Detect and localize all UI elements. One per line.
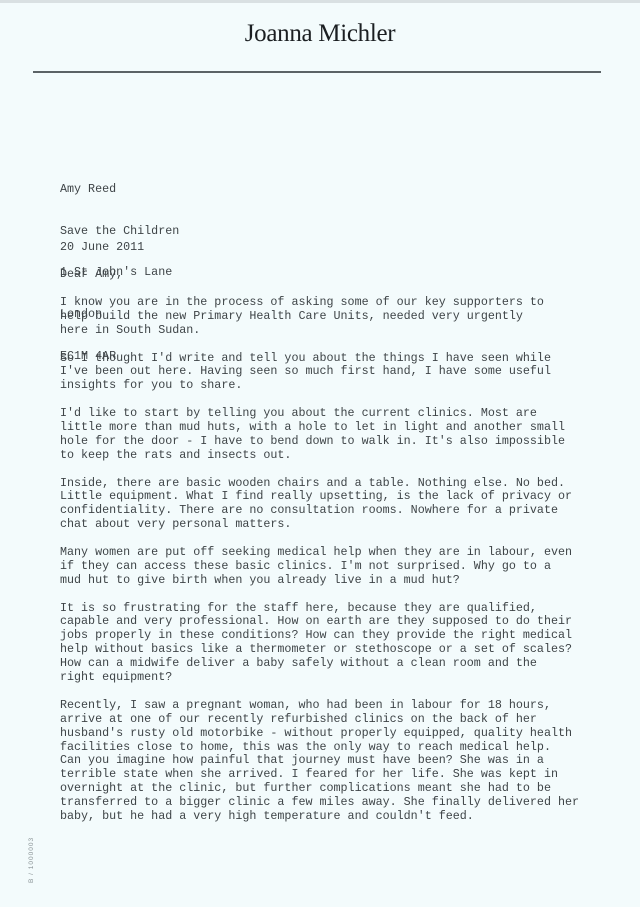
address-line: Save the Children bbox=[60, 225, 179, 239]
paragraph-line: overnight at the clinic, but further com… bbox=[60, 782, 620, 796]
paragraph-line: transferred to a bigger clinic a few mil… bbox=[60, 796, 620, 810]
page-top-edge bbox=[0, 0, 640, 3]
paragraph: Recently, I saw a pregnant woman, who ha… bbox=[60, 699, 620, 824]
paragraph-line: Can you imagine how painful that journey… bbox=[60, 754, 620, 768]
paragraph-line: arrive at one of our recently refurbishe… bbox=[60, 713, 620, 727]
paragraph: Many women are put off seeking medical h… bbox=[60, 546, 620, 588]
paragraph-line: Many women are put off seeking medical h… bbox=[60, 546, 620, 560]
paragraph-line: terrible state when she arrived. I feare… bbox=[60, 768, 620, 782]
paragraph: I'd like to start by telling you about t… bbox=[60, 407, 620, 463]
paragraph-line: husband's rusty old motorbike - without … bbox=[60, 727, 620, 741]
address-line: Amy Reed bbox=[60, 183, 179, 197]
paragraph-line: baby, but he had a very high temperature… bbox=[60, 810, 620, 824]
paragraph-line: How can a midwife deliver a baby safely … bbox=[60, 657, 620, 671]
document-reference: B / 1000003 bbox=[28, 837, 35, 883]
paragraph-line: help build the new Primary Health Care U… bbox=[60, 310, 620, 324]
paragraph-line: hole for the door - I have to bend down … bbox=[60, 435, 620, 449]
paragraph-line: confidentiality. There are no consultati… bbox=[60, 504, 620, 518]
paragraph-line: facilities close to home, this was the o… bbox=[60, 741, 620, 755]
letter-date: 20 June 2011 bbox=[60, 241, 144, 255]
paragraph-line: I've been out here. Having seen so much … bbox=[60, 365, 620, 379]
letter-body: I know you are in the process of asking … bbox=[60, 296, 620, 838]
paragraph-line: to keep the rats and insects out. bbox=[60, 449, 620, 463]
paragraph-line: It is so frustrating for the staff here,… bbox=[60, 602, 620, 616]
paragraph-line: So I thought I'd write and tell you abou… bbox=[60, 352, 620, 366]
letterhead-divider bbox=[33, 71, 601, 73]
paragraph-line: help without basics like a thermometer o… bbox=[60, 643, 620, 657]
paragraph-line: chat about very personal matters. bbox=[60, 518, 620, 532]
paragraph-line: jobs properly in these conditions? How c… bbox=[60, 629, 620, 643]
paragraph-line: I'd like to start by telling you about t… bbox=[60, 407, 620, 421]
paragraph: Inside, there are basic wooden chairs an… bbox=[60, 477, 620, 533]
paragraph-line: here in South Sudan. bbox=[60, 324, 620, 338]
paragraph-line: I know you are in the process of asking … bbox=[60, 296, 620, 310]
paragraph-line: Inside, there are basic wooden chairs an… bbox=[60, 477, 620, 491]
paragraph-line: capable and very professional. How on ea… bbox=[60, 615, 620, 629]
salutation: Dear Amy, bbox=[60, 268, 123, 282]
paragraph-line: Little equipment. What I find really ups… bbox=[60, 490, 620, 504]
paragraph-line: right equipment? bbox=[60, 671, 620, 685]
paragraph-line: insights for you to share. bbox=[60, 379, 620, 393]
paragraph-line: little more than mud huts, with a hole t… bbox=[60, 421, 620, 435]
paragraph-line: mud hut to give birth when you already l… bbox=[60, 574, 620, 588]
paragraph: So I thought I'd write and tell you abou… bbox=[60, 352, 620, 394]
paragraph-line: Recently, I saw a pregnant woman, who ha… bbox=[60, 699, 620, 713]
paragraph: I know you are in the process of asking … bbox=[60, 296, 620, 338]
paragraph-line: if they can access these basic clinics. … bbox=[60, 560, 620, 574]
paragraph: It is so frustrating for the staff here,… bbox=[60, 602, 620, 685]
letterhead-name: Joanna Michler bbox=[0, 20, 640, 48]
